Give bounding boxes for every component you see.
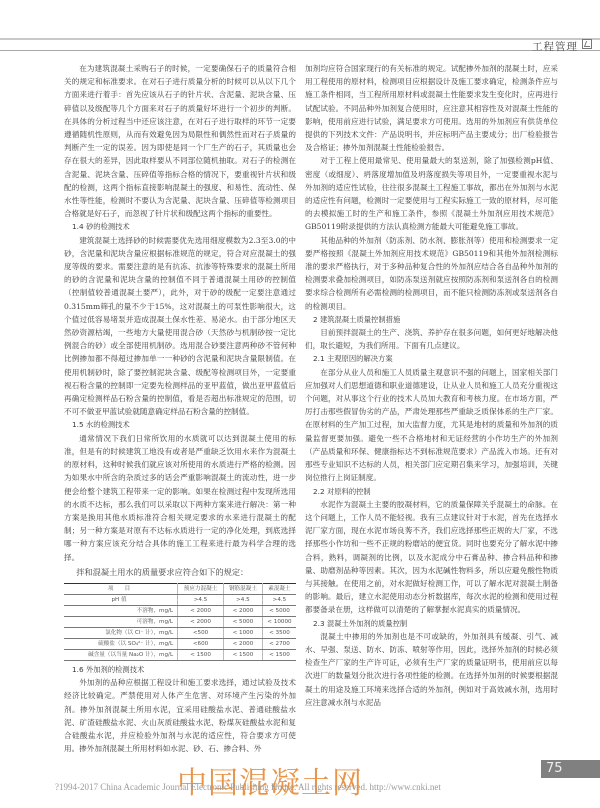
table-cell: <500 (178, 627, 224, 638)
table-cell: < 2700 (262, 638, 296, 649)
section-heading: 1.6 外加剂的检测技术 (64, 663, 296, 676)
journal-corner-icon (582, 39, 592, 49)
table-row: 氯化物（以 Cl⁻ 计），mg/L <500 < 1000 < 3500 (64, 627, 296, 638)
table-cell: < 2000 (178, 616, 224, 627)
table-row: pH 值 >4.5 >4.5 >4.5 (64, 594, 296, 605)
table-row: 硫酸盐（以 SO₄²⁻ 计），mg/L <600 < 2000 < 2700 (64, 638, 296, 649)
watermark-logo: 中国混凝土网 (177, 758, 363, 802)
table-cell: < 1500 (178, 649, 224, 660)
table-cell: 硫酸盐（以 SO₄²⁻ 计），mg/L (64, 638, 178, 649)
header-bottom-rule (0, 50, 600, 51)
section-heading: 2.1 主观原因的解决方案 (305, 352, 558, 365)
table-cell: < 1000 (223, 627, 262, 638)
table-cell: < 2000 (223, 605, 262, 616)
table-cell: 氯化物（以 Cl⁻ 计），mg/L (64, 627, 178, 638)
table-cell: < 5000 (223, 616, 262, 627)
table-header: 钢筋混凝土 (223, 583, 262, 594)
table-cell: >4.5 (178, 594, 224, 605)
table-cell: >4.5 (223, 594, 262, 605)
table-header: 预应力混凝土 (178, 583, 224, 594)
table-cell: <600 (178, 638, 224, 649)
table-row: 可溶物，mg/L < 2000 < 5000 < 10000 (64, 616, 296, 627)
table-row: 不溶物，mg/L < 2000 < 2000 < 5000 (64, 605, 296, 616)
table-header: 项 目 (64, 583, 178, 594)
table-cell: 碱含量（以当量 Na₂O 计），mg/L (64, 649, 178, 660)
section-heading: 2.2 对原料的控制 (305, 485, 558, 498)
paragraph: 外加剂的品种应根据工程设计和施工要求选择，通过试验及技术经济比较确定。严禁使用对… (64, 676, 296, 755)
table-cell: < 10000 (262, 616, 296, 627)
table-caption: 拌和混凝土用水的质量要求应符合如下的规定： (64, 566, 296, 579)
right-column: 加剂均应符合国家现行的有关标准的规定。试配掺外加剂的混凝土时，应采用工程使用的原… (305, 62, 558, 709)
table-cell: < 1500 (262, 649, 296, 660)
table-cell: < 3500 (262, 627, 296, 638)
section-heading: 1.4 砂的检测技术 (64, 220, 296, 233)
paragraph: 建筑混凝土选择砂的时候需要优先选用细度模数为2.3至3.0的中砂，含泥量和泥块含… (64, 234, 296, 419)
header-top-rule (0, 38, 600, 40)
table-cell: >4.5 (262, 594, 296, 605)
table-header-row: 项 目 预应力混凝土 钢筋混凝土 素混凝土 (64, 583, 296, 594)
paragraph: 通常情况下我们日常所饮用的水质就可以达到混凝土使用的标准，但是有的时候建筑工地没… (64, 432, 296, 564)
paragraph: 在为建筑混凝土采购石子的时候，一定要确保石子的质量符合相关的规定和标准要求。在对… (64, 62, 296, 220)
section-heading: 1.5 水的检测技术 (64, 418, 296, 431)
copyright-notice: ?1994-2017 China Academic Journal Electr… (55, 782, 441, 792)
section-heading: 2 建筑混凝土质量控制措施 (305, 313, 558, 326)
paragraph: 水泥作为混凝土主要的胶凝材料，它的质量保障关乎混凝土的命脉。在这个问题上，工作人… (305, 498, 558, 617)
paragraph: 对于工程上使用最常见、使用量最大的泵送剂，除了加强检测pH值、密度（或细度）、坍… (305, 154, 558, 233)
table-cell: < 2000 (178, 605, 224, 616)
table-cell: pH 值 (64, 594, 178, 605)
water-quality-table: 项 目 预应力混凝土 钢筋混凝土 素混凝土 pH 值 >4.5 >4.5 >4.… (64, 583, 296, 661)
table-row: 碱含量（以当量 Na₂O 计），mg/L < 1500 < 1500 < 150… (64, 649, 296, 660)
paragraph: 加剂均应符合国家现行的有关标准的规定。试配掺外加剂的混凝土时，应采用工程使用的原… (305, 62, 558, 154)
left-column: 在为建筑混凝土采购石子的时候，一定要确保石子的质量符合相关的规定和标准要求。在对… (64, 62, 296, 755)
paragraph: 混凝土中掺用的外加剂也是不可或缺的，外加剂具有缓凝、引气、减水、早强、泵送、防水… (305, 630, 558, 709)
table-cell: 不溶物，mg/L (64, 605, 178, 616)
table-cell: < 5000 (262, 605, 296, 616)
page-number: 75 (541, 760, 600, 778)
paragraph: 其他品种的外加剂（防冻剂、防水剂、膨胀剂等）使用和检测要求一定要严格按照《混凝土… (305, 234, 558, 313)
paragraph: 目前预拌混凝土的生产、浇筑、养护存在很多问题，如何更好地解决他们，取长避短，为我… (305, 326, 558, 352)
paragraph: 在部分从业人员和施工人员质量主观意识不强的问题上，国家相关部门应加强对人们思想道… (305, 366, 558, 485)
table-cell: 可溶物，mg/L (64, 616, 178, 627)
table-cell: < 2000 (223, 638, 262, 649)
section-title: 工程管理 (532, 39, 578, 54)
table-cell: < 1500 (223, 649, 262, 660)
table-header: 素混凝土 (262, 583, 296, 594)
section-heading: 2.3 混凝土外加剂的质量控制 (305, 617, 558, 630)
